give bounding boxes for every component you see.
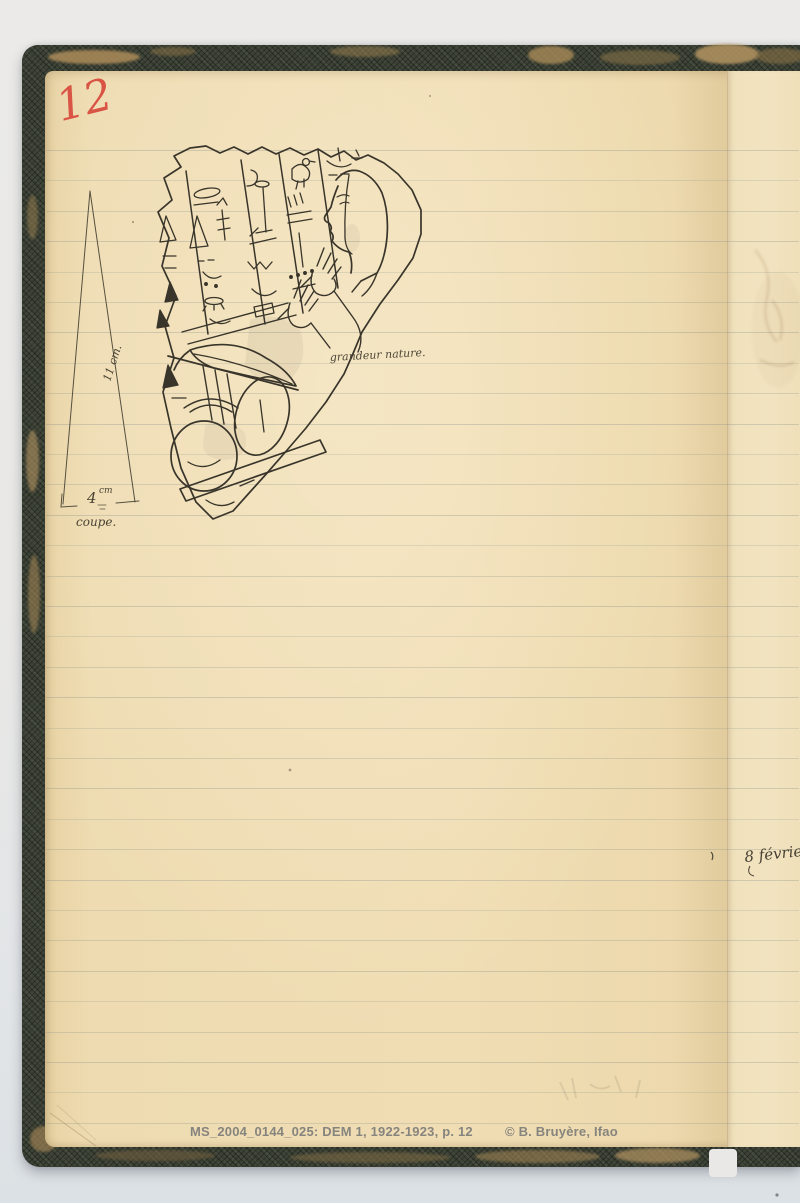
- cover-wear-patch: [755, 48, 800, 64]
- cover-wear-patch: [528, 46, 574, 64]
- ruled-line: [46, 211, 799, 212]
- ruled-line: [46, 363, 799, 364]
- archive-reference-caption: MS_2004_0144_025: DEM 1, 1922-1923, p. 1…: [190, 1124, 473, 1140]
- facing-page-edge: [727, 71, 800, 1147]
- ruled-line: [46, 697, 799, 698]
- cover-wear-patch: [600, 50, 680, 65]
- ruled-line: [46, 1032, 799, 1033]
- ruled-line: [46, 971, 799, 972]
- ruled-line: [46, 302, 799, 303]
- cover-wear-patch: [695, 44, 759, 64]
- cover-wear-patch: [330, 46, 400, 57]
- cover-wear-patch: [290, 1152, 450, 1163]
- ruled-line: [46, 484, 799, 485]
- cover-wear-patch: [48, 50, 140, 64]
- ruled-line: [46, 1062, 799, 1063]
- ruled-line: [46, 849, 799, 850]
- ruled-line: [46, 454, 799, 455]
- ruled-line: [46, 150, 799, 151]
- gutter-shadow: [672, 71, 727, 1147]
- cover-wear-patch: [27, 195, 38, 239]
- ruled-line: [46, 241, 799, 242]
- ruled-line: [46, 272, 799, 273]
- ruled-line: [46, 819, 799, 820]
- ruled-line: [46, 758, 799, 759]
- ruled-line: [46, 940, 799, 941]
- ruled-line: [46, 424, 799, 425]
- ruled-line: [46, 788, 799, 789]
- ruled-line: [46, 393, 799, 394]
- cover-wear-patch: [615, 1148, 700, 1163]
- copyright-caption: © B. Bruyère, Ifao: [505, 1124, 618, 1140]
- ruled-line: [46, 332, 799, 333]
- ruled-line: [46, 515, 799, 516]
- cover-wear-patch: [28, 555, 40, 633]
- ruled-line: [46, 880, 799, 881]
- ruled-line: [46, 728, 799, 729]
- cover-wear-patch: [95, 1150, 215, 1161]
- ruled-line: [46, 606, 799, 607]
- ruled-line: [46, 636, 799, 637]
- ruled-line: [46, 667, 799, 668]
- cover-wear-patch: [475, 1150, 600, 1163]
- cover-wear-patch: [150, 47, 196, 56]
- cover-wear-patch: [26, 430, 39, 492]
- ruled-line: [46, 576, 799, 577]
- ruled-line: [46, 910, 799, 911]
- ruled-line: [46, 1001, 799, 1002]
- ruled-line: [46, 545, 799, 546]
- notebook-scan: 12 11 cm. 4 cm coupe.: [0, 0, 800, 1203]
- ruled-line: [46, 180, 799, 181]
- cover-spine-gap: [709, 1149, 737, 1177]
- ruled-line: [46, 1092, 799, 1093]
